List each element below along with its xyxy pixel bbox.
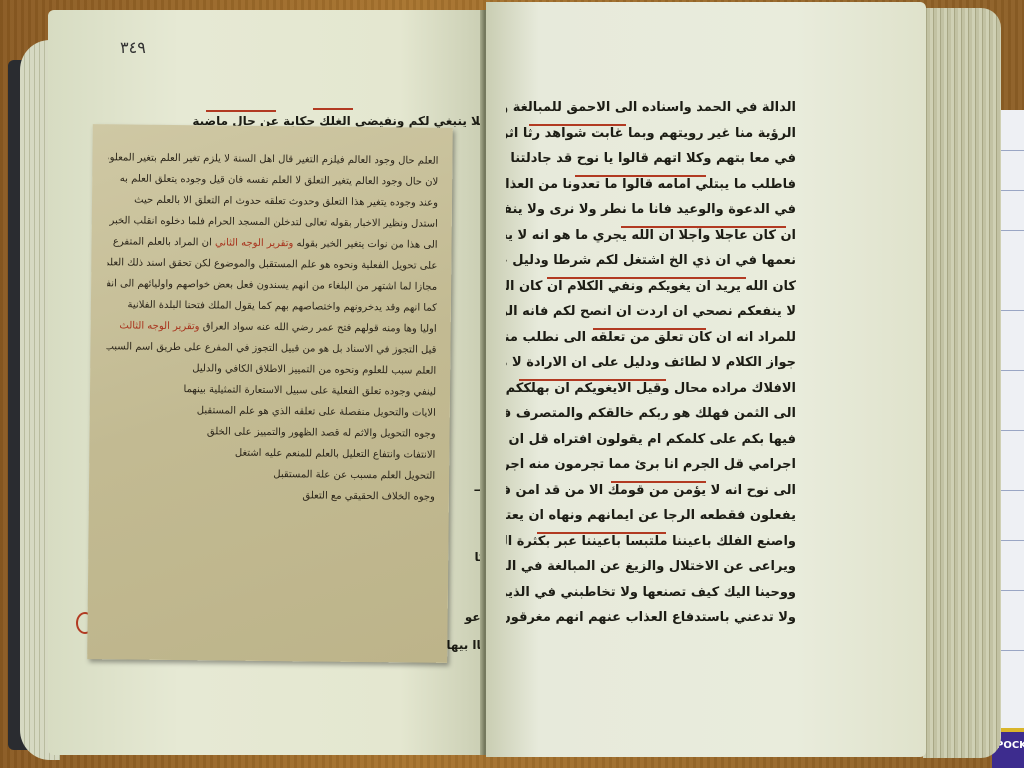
manuscript-line: ولا تدعني باستدفاع العذاب عنهم انهم مغرق…	[506, 610, 796, 625]
slip-line: لان حال وجود العالم يتغير التعلق لا العل…	[108, 173, 438, 187]
slip-line: وعند وجوده يتغير هذا التعلق وحدوث تعلقه …	[108, 194, 438, 208]
manuscript-line: الرؤية منا غير رويتهم وبما غابت شواهد رث…	[506, 126, 796, 141]
manuscript-line: في الدعوة والوعيد فانا ما نطر ولا نرى ول…	[506, 202, 796, 217]
slip-line: مجازا لما اشتهر من البلغاء من انهم يسندو…	[107, 278, 437, 292]
manuscript-line: الدالة في الحمد واسناده الى الاحمق للمبا…	[506, 100, 796, 115]
manuscript-line: واصنع الفلك باعيننا ملتبسا باعيننا عبر ب…	[506, 534, 796, 549]
slip-line: اوليا وها ومنه قولهم فتح عمر رضي الله عن…	[107, 320, 437, 334]
red-overline	[547, 277, 746, 279]
red-overline	[529, 124, 626, 126]
slip-line: الى هذا من نوات يتغير الخبر بقوله وتقرير…	[108, 236, 438, 250]
red-overline	[575, 175, 706, 177]
slip-line: الانتفات وانتفاع التعليل بالعلم للمنعم ع…	[195, 447, 435, 461]
manuscript-line: ان كان عاجلا وآجلا ان الله يجري ما هو ان…	[506, 228, 796, 243]
red-overline	[519, 379, 666, 381]
manuscript-line: ويراعى عن الاختلال والزيغ عن المبالغة في…	[506, 559, 796, 574]
right-page-stack	[923, 8, 1001, 758]
manuscript-line: ووحينا اليك كيف تصنعها ولا تخاطبني في ال…	[506, 585, 796, 600]
manuscript-line: فاطلب ما يبتلي امامه قالوا ما تعدونا من …	[506, 177, 796, 192]
manuscript-line: كان الله يريد ان يغويكم ونفي الكلام ان ك…	[506, 279, 796, 294]
inserted-paper-slip: العلم حال وجود العالم فيلزم التغير قال ا…	[87, 124, 453, 663]
manuscript-line: نعمها في ان ذي الخ اشتغل لكم شرطا ودليل …	[506, 253, 796, 268]
manuscript-line: فيها بكم على كلمكم ام يقولون افتراه قل ا…	[506, 432, 796, 447]
manuscript-line: الى الثمن فهلك هو ربكم خالقكم والمتصرف ف…	[506, 406, 796, 421]
slip-line: العلم سبب للعلوم ونحوه من التمييز الاطلا…	[106, 362, 436, 376]
red-overline	[621, 226, 786, 228]
manuscript-line: اجرامي قل الجرم انا برئ مما تجرمون منه ا…	[506, 457, 796, 472]
manuscript-line: لا ينفعكم نصحي ان اردت ان انصح لكم فانه …	[506, 304, 796, 319]
red-overline	[537, 532, 666, 534]
slip-line: العلم حال وجود العالم فيلزم التغير قال ا…	[108, 152, 438, 166]
slip-line: الايات والتحويل منفصلة على تعلقه الذي هو…	[106, 404, 436, 418]
slip-line: وجوه الخلاف الحقيقي مع التعلق	[255, 490, 435, 503]
slip-line: استدل ونظير الاخبار بقوله تعالى لتدخلن ا…	[108, 215, 438, 229]
slip-line: قيل التجوز في الاسناد بل هو من قبيل التج…	[106, 341, 436, 355]
manuscript-line: للمراد انه ان كان تعلق من تعلقه الى نطلب…	[506, 330, 796, 345]
manuscript-line: في معا بتهم وكلا اتهم قالوا يا نوح قد جا…	[506, 151, 796, 166]
red-overline	[593, 328, 706, 330]
slip-line: كما انهم وقد يدخرونهم واختصاصهم بهم كما …	[107, 299, 437, 313]
slip-line: على تحويل الفعلية ونحوه هو علم المستقبل …	[107, 257, 437, 271]
right-page: و بيانه الدالة في الحمد واسناده الى الاح…	[486, 2, 926, 757]
manuscript-line: يفعلون فقطعه الرجا عن ايمانهم ونهاه ان ي…	[506, 508, 796, 523]
slip-line: التحويل العلم مسبب عن علة المستقبل	[225, 469, 435, 482]
slip-line: وجوه التحويل والاثم له قصد الظهور والتمي…	[166, 426, 436, 440]
manuscript-line: جواز الكلام لا لطائف ودليل على ان الاراد…	[506, 355, 796, 370]
red-overline	[611, 481, 706, 483]
manuscript-line: الافلاك مراده محال وقيل الايغويكم ان بهل…	[506, 381, 796, 396]
folio-number: ٣٤٩	[120, 38, 146, 57]
manuscript-line: الى نوح انه لا يؤمن من قومك الا من قد ام…	[506, 483, 796, 498]
slip-line: لينفي وجوده تعلق الفعلية على سبيل الاستع…	[106, 383, 436, 397]
